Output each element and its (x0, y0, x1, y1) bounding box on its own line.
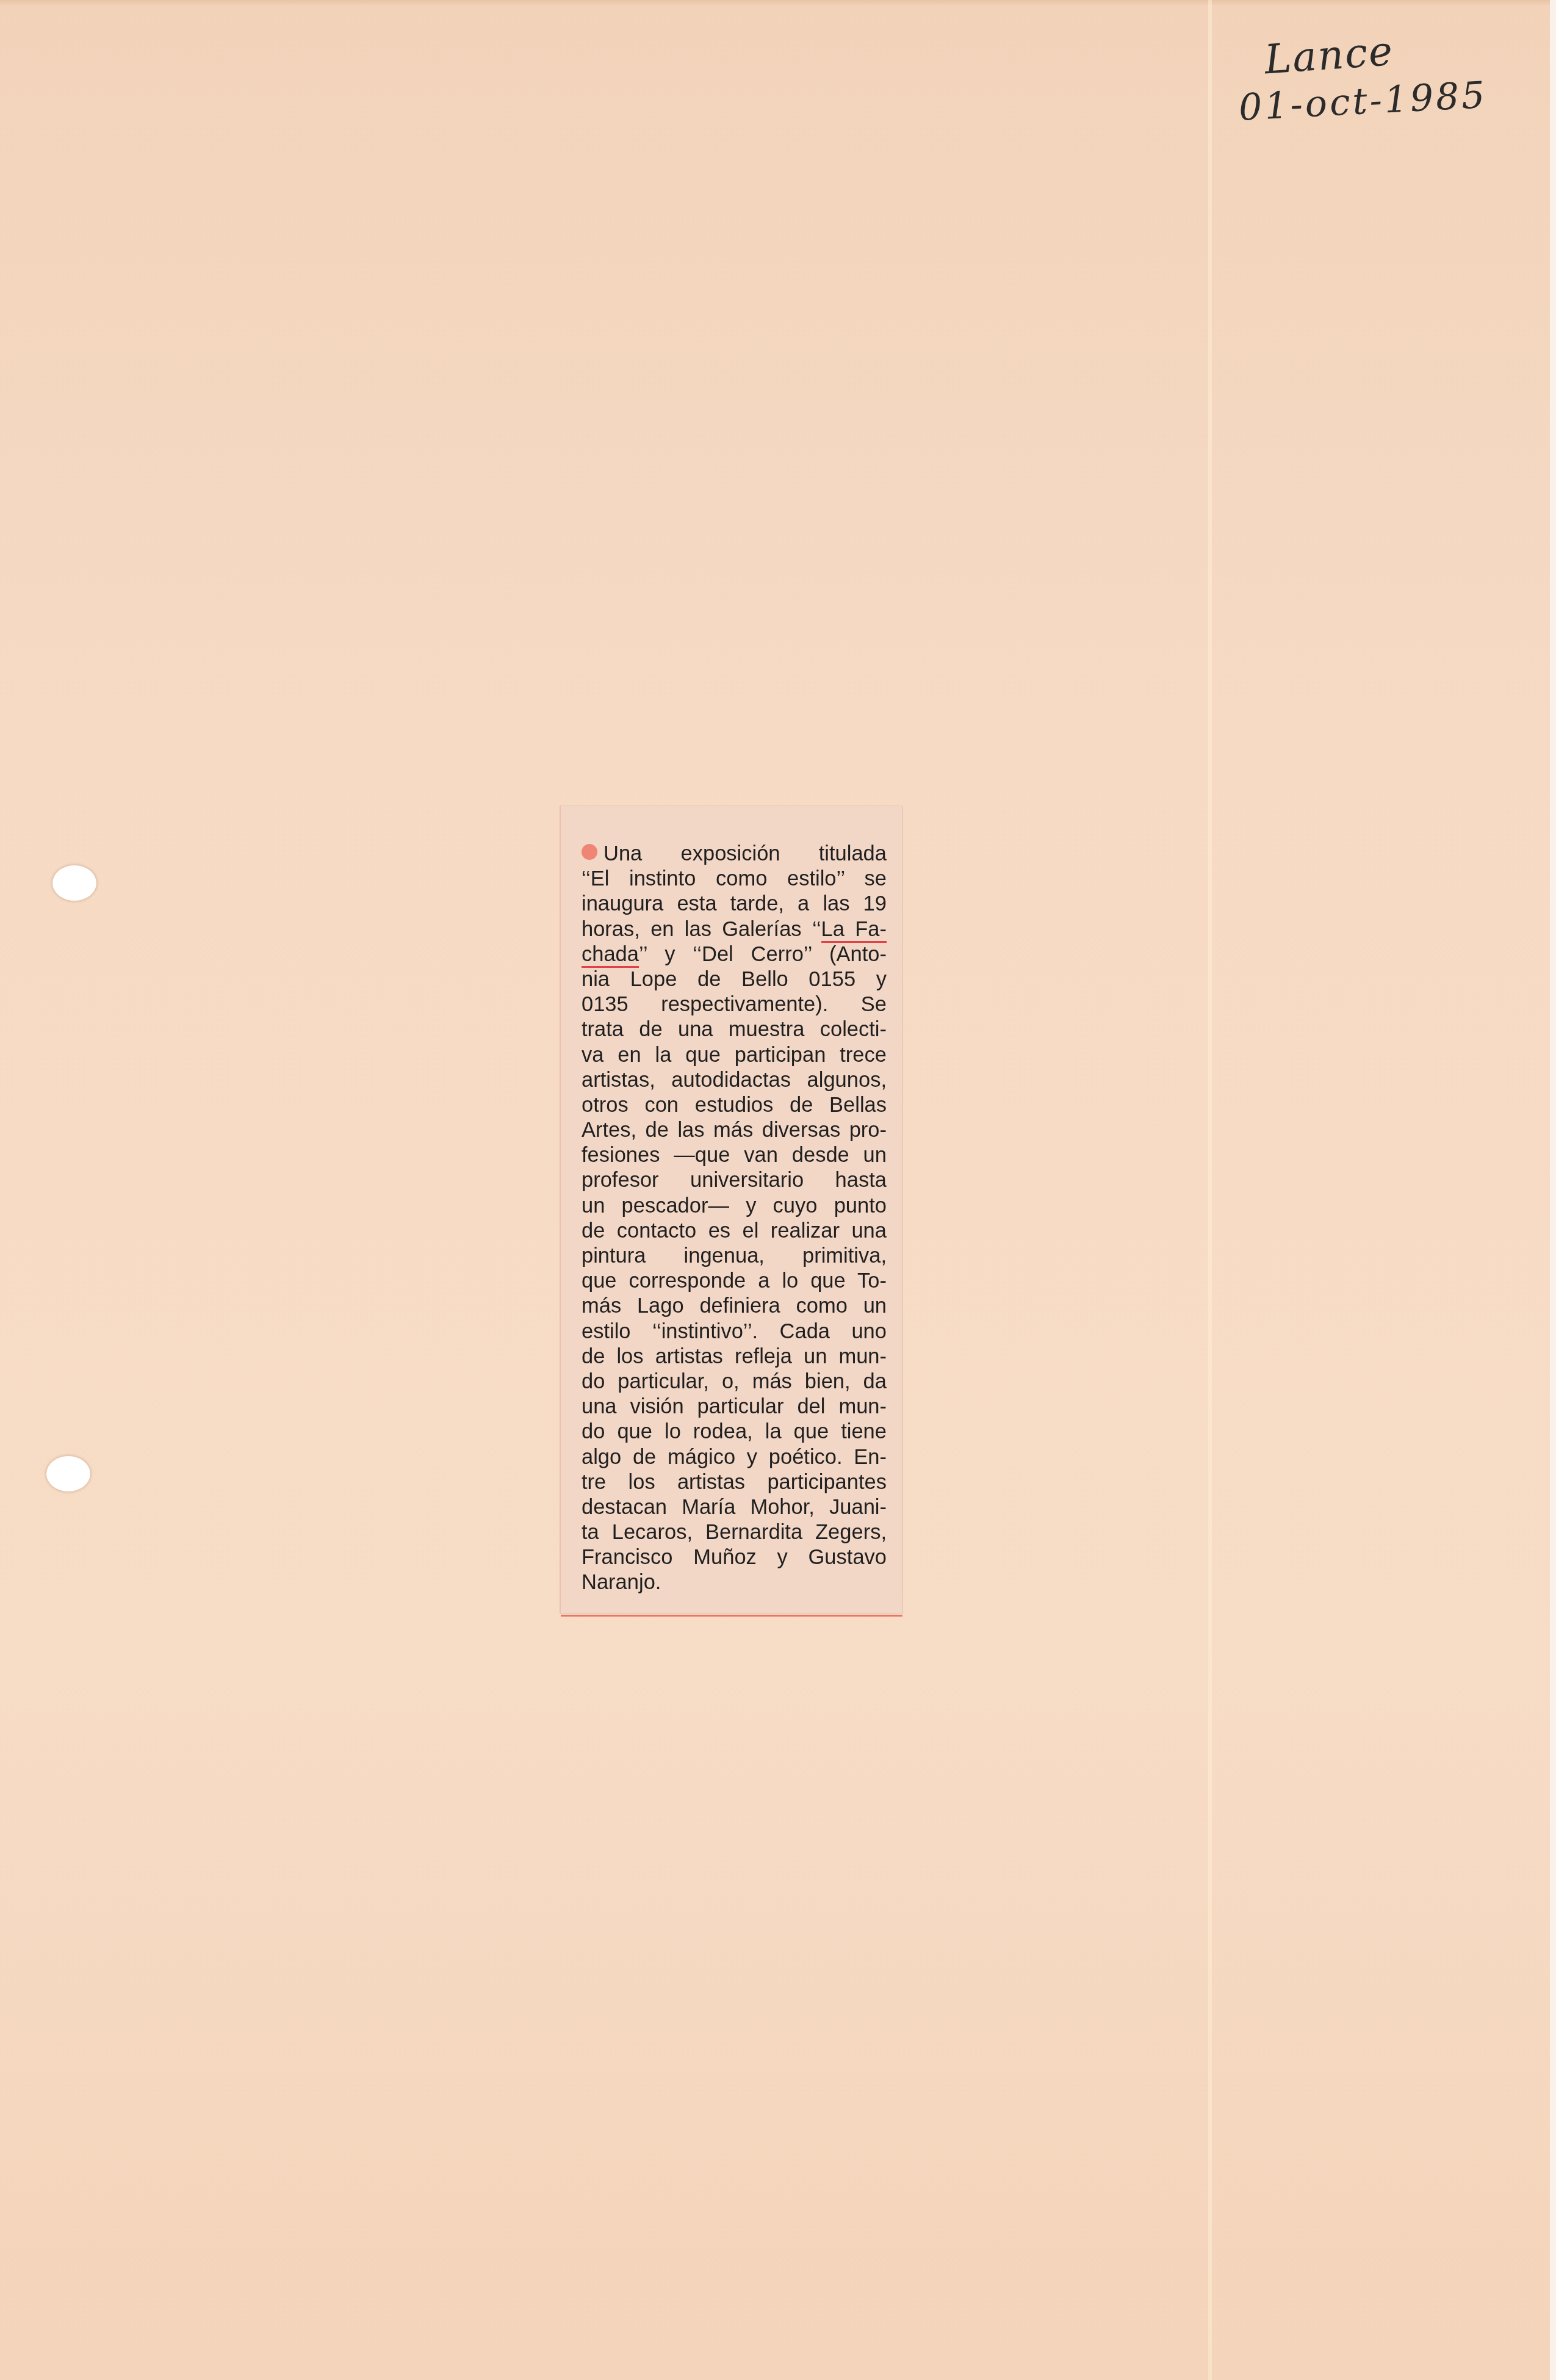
handwritten-annotation: Lance 01-oct-1985 (1239, 27, 1519, 122)
article-line: Naranjo. (582, 1570, 887, 1595)
article-line: trata de una muestra colecti- (582, 1017, 887, 1042)
article-line: de contacto es el realizar una (582, 1219, 887, 1244)
article-line: estilo ‘‘instintivo’’. Cada uno (582, 1319, 887, 1344)
article-line: ‘‘El instinto como estilo’’ se (582, 867, 887, 892)
article-line: de los artistas refleja un mun- (582, 1344, 887, 1369)
article-line: Artes, de las más diversas pro- (582, 1118, 887, 1143)
article-line: chada’’ y ‘‘Del Cerro’’ (Anto- (582, 942, 887, 967)
article-line: horas, en las Galerías ‘‘La Fa- (582, 917, 887, 942)
article-line: otros con estudios de Bellas (582, 1093, 887, 1118)
article-line: profesor universitario hasta (582, 1168, 887, 1193)
underlined-gallery-name-cont: chada (582, 943, 639, 968)
article-line: do que lo rodea, la que tiene (582, 1419, 887, 1444)
punch-hole-bottom (46, 1456, 90, 1491)
article-line: 0135 respectivamente). Se (582, 992, 887, 1017)
article-line: destacan María Mohor, Juani- (582, 1495, 887, 1520)
newspaper-clipping: Una exposición titulada ‘‘El instinto co… (560, 806, 902, 1613)
underlined-gallery-name: La Fa- (821, 918, 887, 943)
archive-sheet: Lance 01-oct-1985 Una exposición titulad… (0, 0, 1556, 2380)
punch-hole-top (52, 865, 96, 901)
sheet-top-edge (0, 0, 1556, 6)
article-line: que corresponde a lo que To- (582, 1269, 887, 1294)
article-line: Una exposición titulada (582, 842, 887, 867)
article-line: más Lago definiera como un (582, 1294, 887, 1319)
article-line: fesiones —que van desde un (582, 1143, 887, 1168)
article-line: un pescador— y cuyo punto (582, 1194, 887, 1219)
article-line: inaugura esta tarde, a las 19 (582, 892, 887, 917)
article-line: Francisco Muñoz y Gustavo (582, 1545, 887, 1570)
article-line: algo de mágico y poético. En- (582, 1445, 887, 1470)
article-line: do particular, o, más bien, da (582, 1369, 887, 1394)
sheet-right-edge (1550, 0, 1556, 2380)
article-line: una visión particular del mun- (582, 1394, 887, 1419)
article-line: va en la que participan trece (582, 1043, 887, 1068)
article-line: nia Lope de Bello 0155 y (582, 967, 887, 992)
article-line: tre los artistas participantes (582, 1470, 887, 1495)
article-text: Una exposición titulada ‘‘El instinto co… (582, 842, 887, 1596)
bullet-icon (582, 844, 597, 860)
article-line: artistas, autodidactas algunos, (582, 1068, 887, 1093)
article-line: pintura ingenua, primitiva, (582, 1244, 887, 1269)
article-line: ta Lecaros, Bernardita Zegers, (582, 1520, 887, 1545)
